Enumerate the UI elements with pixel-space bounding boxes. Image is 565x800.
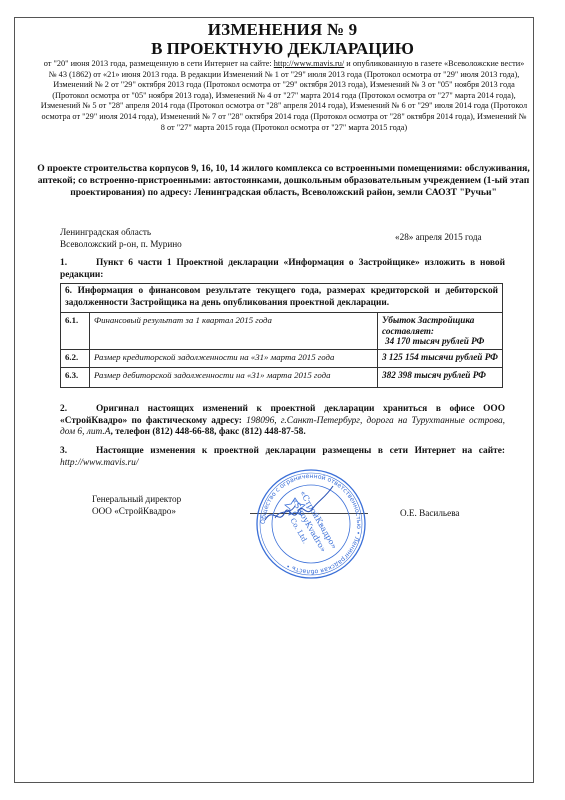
website-link[interactable]: http://www.mavis.ru/ xyxy=(60,458,138,468)
row-value: 3 125 154 тысячи рублей РФ xyxy=(378,349,503,367)
item-contacts: , телефон (812) 448-66-88, факс (812) 44… xyxy=(111,427,306,437)
row-value: 382 398 тысяч рублей РФ xyxy=(378,367,503,387)
table-row: 6.1. Финансовый результат за 1 квартал 2… xyxy=(61,313,503,350)
document-title: ИЗМЕНЕНИЯ № 9 xyxy=(0,20,565,40)
row-description: Размер кредиторской задолженности на «31… xyxy=(90,349,378,367)
item-number: 2. xyxy=(60,404,96,416)
document-date: «28» апреля 2015 года xyxy=(395,232,482,242)
project-subject: О проекте строительства корпусов 9, 16, … xyxy=(36,163,531,199)
item-3: 3.Настоящие изменения к проектной деклар… xyxy=(60,446,505,469)
company-stamp-icon: Общество с ограниченной ответственностью… xyxy=(255,468,367,580)
place-locality: Всеволожский р-он, п. Мурино xyxy=(60,238,182,250)
preamble-text-rest: и опубликованную в газете «Всеволожские … xyxy=(41,59,527,132)
place-region: Ленинградская область xyxy=(60,226,182,238)
value-line: составляет: xyxy=(382,326,498,337)
signatory-position: Генеральный директор ООО «СтройКвадро» xyxy=(92,494,181,517)
item-number: 3. xyxy=(60,446,96,458)
row-description: Финансовый результат за 1 квартал 2015 г… xyxy=(90,313,378,350)
item-text: Пункт 6 части 1 Проектной декларации «Ин… xyxy=(60,258,505,280)
table-row: 6.3. Размер дебиторской задолженности на… xyxy=(61,367,503,387)
row-number: 6.2. xyxy=(61,349,90,367)
table-row: 6.2. Размер кредиторской задолженности н… xyxy=(61,349,503,367)
place: Ленинградская область Всеволожский р-он,… xyxy=(60,226,182,250)
company-name: ООО «СтройКвадро» xyxy=(92,506,181,518)
value-line: 34 170 тысяч рублей РФ xyxy=(382,336,498,347)
preamble-text-start: от "20" июня 2013 года, размещенную в се… xyxy=(44,59,274,68)
item-number: 1. xyxy=(60,258,96,270)
preamble: от "20" июня 2013 года, размещенную в се… xyxy=(40,59,528,133)
item-2: 2.Оригинал настоящих изменений к проектн… xyxy=(60,404,505,439)
financial-table: 6.1. Финансовый результат за 1 квартал 2… xyxy=(60,312,503,388)
table-heading: 6. Информация о финансовом результате те… xyxy=(60,283,503,313)
row-value: Убыток Застройщика составляет: 34 170 ты… xyxy=(378,313,503,350)
row-number: 6.3. xyxy=(61,367,90,387)
preamble-link[interactable]: http://www.mavis.ru/ xyxy=(274,59,344,68)
item-text: Настоящие изменения к проектной декларац… xyxy=(96,446,505,456)
document-subtitle: В ПРОЕКТНУЮ ДЕКЛАРАЦИЮ xyxy=(0,39,565,59)
signatory-name: О.Е. Васильева xyxy=(400,508,460,518)
row-number: 6.1. xyxy=(61,313,90,350)
item-1: 1.Пункт 6 части 1 Проектной декларации «… xyxy=(60,258,505,281)
row-description: Размер дебиторской задолженности на «31»… xyxy=(90,367,378,387)
position-title: Генеральный директор xyxy=(92,494,181,506)
value-line: Убыток Застройщика xyxy=(382,315,498,326)
